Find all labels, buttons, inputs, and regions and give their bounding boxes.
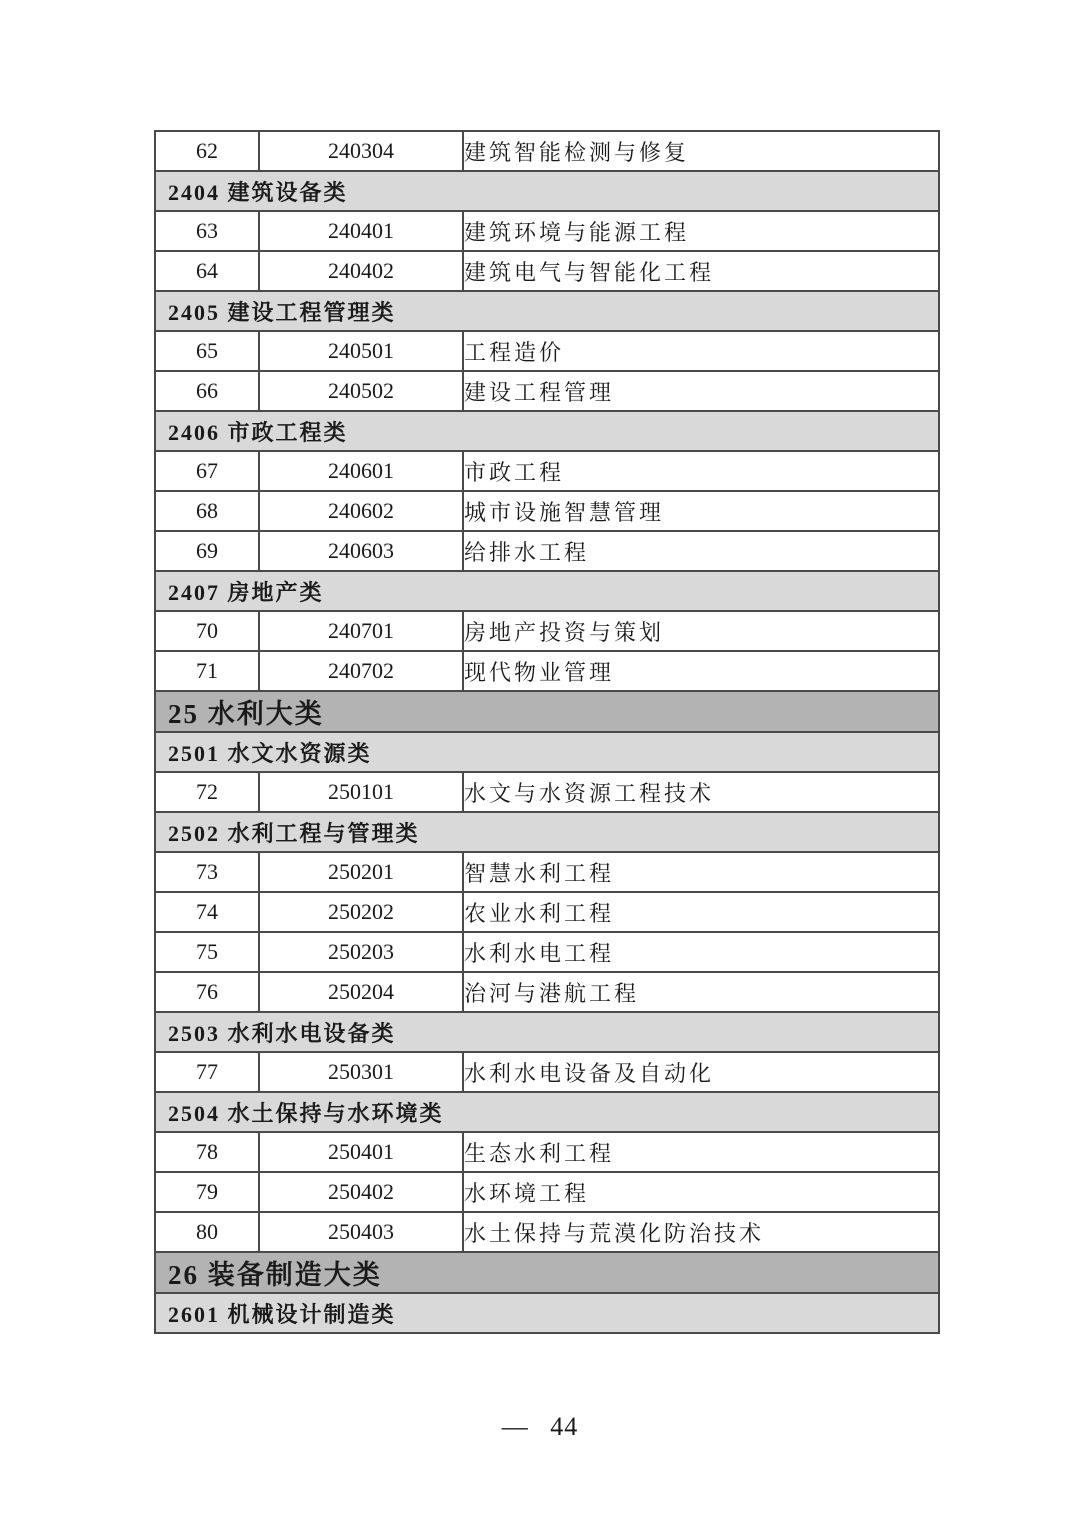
group-header-row: 2502 水利工程与管理类 [155,812,939,852]
table-row: 72250101水文与水资源工程技术 [155,772,939,812]
major-code-cell: 250204 [259,972,463,1012]
row-number-cell: 79 [155,1172,259,1212]
row-number-cell: 75 [155,932,259,972]
page-number: — 44 [0,1412,1080,1442]
major-name-cell: 建筑环境与能源工程 [463,211,939,251]
major-name-cell: 水环境工程 [463,1172,939,1212]
major-code-cell: 250203 [259,932,463,972]
table-row: 76250204治河与港航工程 [155,972,939,1012]
major-name-cell: 建设工程管理 [463,371,939,411]
major-code-cell: 250202 [259,892,463,932]
table-row: 77250301水利水电设备及自动化 [155,1052,939,1092]
major-name-cell: 水文与水资源工程技术 [463,772,939,812]
row-number-cell: 74 [155,892,259,932]
category-header-label: 25 水利大类 [155,691,939,732]
table-row: 73250201智慧水利工程 [155,852,939,892]
group-header-row: 2407 房地产类 [155,571,939,611]
major-code-cell: 250101 [259,772,463,812]
major-code-cell: 240401 [259,211,463,251]
major-name-cell: 现代物业管理 [463,651,939,691]
major-code-cell: 240501 [259,331,463,371]
row-number-cell: 77 [155,1052,259,1092]
row-number-cell: 72 [155,772,259,812]
table-row: 70240701房地产投资与策划 [155,611,939,651]
group-header-label: 2406 市政工程类 [155,411,939,451]
major-code-cell: 240601 [259,451,463,491]
major-name-cell: 市政工程 [463,451,939,491]
majors-table-body: 62240304建筑智能检测与修复2404 建筑设备类63240401建筑环境与… [155,131,939,1333]
major-name-cell: 房地产投资与策划 [463,611,939,651]
row-number-cell: 76 [155,972,259,1012]
major-name-cell: 生态水利工程 [463,1132,939,1172]
major-code-cell: 240502 [259,371,463,411]
row-number-cell: 66 [155,371,259,411]
row-number-cell: 71 [155,651,259,691]
table-row: 65240501工程造价 [155,331,939,371]
major-name-cell: 农业水利工程 [463,892,939,932]
table-row: 79250402水环境工程 [155,1172,939,1212]
major-code-cell: 250401 [259,1132,463,1172]
major-code-cell: 250301 [259,1052,463,1092]
group-header-row: 2504 水土保持与水环境类 [155,1092,939,1132]
group-header-label: 2404 建筑设备类 [155,171,939,211]
table-row: 80250403水土保持与荒漠化防治技术 [155,1212,939,1252]
major-name-cell: 建筑电气与智能化工程 [463,251,939,291]
table-row: 71240702现代物业管理 [155,651,939,691]
group-header-label: 2501 水文水资源类 [155,732,939,772]
table-row: 62240304建筑智能检测与修复 [155,131,939,171]
major-name-cell: 治河与港航工程 [463,972,939,1012]
group-header-row: 2404 建筑设备类 [155,171,939,211]
major-name-cell: 水土保持与荒漠化防治技术 [463,1212,939,1252]
major-name-cell: 水利水电设备及自动化 [463,1052,939,1092]
major-code-cell: 240702 [259,651,463,691]
major-name-cell: 建筑智能检测与修复 [463,131,939,171]
group-header-label: 2504 水土保持与水环境类 [155,1092,939,1132]
group-header-label: 2502 水利工程与管理类 [155,812,939,852]
row-number-cell: 78 [155,1132,259,1172]
major-code-cell: 240603 [259,531,463,571]
row-number-cell: 73 [155,852,259,892]
table-row: 75250203水利水电工程 [155,932,939,972]
major-code-cell: 250403 [259,1212,463,1252]
group-header-label: 2405 建设工程管理类 [155,291,939,331]
major-code-cell: 250402 [259,1172,463,1212]
row-number-cell: 63 [155,211,259,251]
major-name-cell: 工程造价 [463,331,939,371]
category-header-label: 26 装备制造大类 [155,1252,939,1293]
row-number-cell: 80 [155,1212,259,1252]
major-code-cell: 240402 [259,251,463,291]
document-page: 62240304建筑智能检测与修复2404 建筑设备类63240401建筑环境与… [0,0,1080,1527]
table-row: 69240603给排水工程 [155,531,939,571]
row-number-cell: 64 [155,251,259,291]
table-row: 66240502建设工程管理 [155,371,939,411]
group-header-label: 2601 机械设计制造类 [155,1293,939,1333]
group-header-row: 2601 机械设计制造类 [155,1293,939,1333]
major-code-cell: 240602 [259,491,463,531]
majors-table: 62240304建筑智能检测与修复2404 建筑设备类63240401建筑环境与… [154,130,940,1334]
table-row: 67240601市政工程 [155,451,939,491]
row-number-cell: 67 [155,451,259,491]
table-row: 63240401建筑环境与能源工程 [155,211,939,251]
row-number-cell: 69 [155,531,259,571]
major-name-cell: 智慧水利工程 [463,852,939,892]
major-code-cell: 240701 [259,611,463,651]
table-row: 64240402建筑电气与智能化工程 [155,251,939,291]
row-number-cell: 70 [155,611,259,651]
row-number-cell: 68 [155,491,259,531]
row-number-cell: 62 [155,131,259,171]
category-header-row: 26 装备制造大类 [155,1252,939,1293]
row-number-cell: 65 [155,331,259,371]
major-name-cell: 水利水电工程 [463,932,939,972]
category-header-row: 25 水利大类 [155,691,939,732]
group-header-row: 2501 水文水资源类 [155,732,939,772]
group-header-row: 2405 建设工程管理类 [155,291,939,331]
table-row: 78250401生态水利工程 [155,1132,939,1172]
major-name-cell: 给排水工程 [463,531,939,571]
table-row: 68240602城市设施智慧管理 [155,491,939,531]
group-header-row: 2406 市政工程类 [155,411,939,451]
major-code-cell: 250201 [259,852,463,892]
table-row: 74250202农业水利工程 [155,892,939,932]
group-header-label: 2407 房地产类 [155,571,939,611]
group-header-label: 2503 水利水电设备类 [155,1012,939,1052]
major-name-cell: 城市设施智慧管理 [463,491,939,531]
group-header-row: 2503 水利水电设备类 [155,1012,939,1052]
major-code-cell: 240304 [259,131,463,171]
